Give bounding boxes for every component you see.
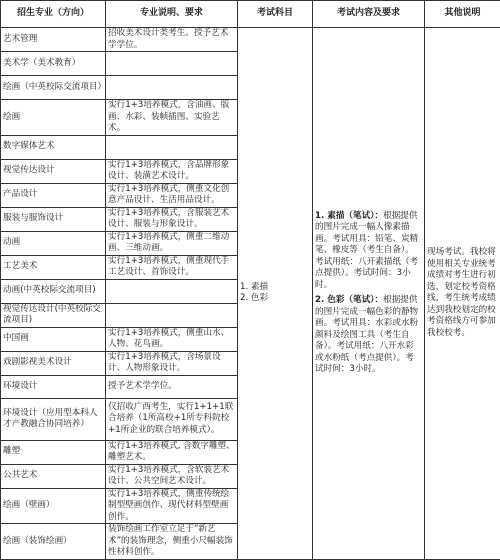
- major-description: 实行1+3培养模式, 含数字雕塑、雕塑艺术。: [106, 440, 238, 464]
- major-description: 实行1+3培养模式，含服装艺术设计、服装与形象设计。: [106, 207, 238, 231]
- exam-subjects-cell: 1. 素描 2. 色彩: [238, 28, 313, 544]
- major-description: 实行1+3培养模式，含品牌形象设计、装潢艺术设计。: [106, 159, 238, 183]
- major-description: 实行1+3培养模式，侧重传统绘制型壁画创作、现代材料型壁画创作。: [106, 488, 238, 524]
- major-name: 产品设计: [1, 183, 106, 207]
- header-major: 招生专业（方向）: [1, 1, 106, 28]
- major-description: 实行1+3培养模式，侧重山水、人物、花鸟画。: [106, 327, 238, 351]
- major-description: 授予艺术学学位。: [106, 375, 238, 398]
- exam-content-cell: 1. 素描（笔试）：根据提供的图片完成一幅人像素描画。考试用具：铅笔、炭精笔、橡…: [313, 28, 425, 544]
- major-name: 视觉传达设计: [1, 159, 106, 183]
- major-description: 装饰绘画工作室立足于“新艺术”的装饰理念，侧重小尺幅装饰性材料创作。: [106, 524, 238, 544]
- sketch-body: 根据提供的图片完成一幅人像素描画。考试用具：铅笔、炭精笔、橡皮等（考生自备）。考…: [315, 211, 418, 290]
- major-description: 招收美术设计类考生。授予艺术学学位。: [106, 28, 238, 52]
- header-exam-content: 考试内容及要求: [313, 1, 425, 28]
- major-description: 实行1+3培养模式，含场景设计、人物形象设计。: [106, 351, 238, 375]
- sketch-title: 1. 素描（笔试）：: [315, 211, 383, 221]
- major-name: 绘画（壁画）: [1, 488, 106, 524]
- major-name: 绘画: [1, 100, 106, 136]
- major-description: [106, 76, 238, 100]
- major-name: 中国画: [1, 327, 106, 351]
- major-name: 动画(中英校际交流项目): [1, 279, 106, 303]
- exam-subject: 1. 素描: [240, 282, 310, 294]
- color-title: 2. 色彩（笔试）：: [315, 295, 383, 305]
- major-description: 实行1+3培养模式，含油画、版画、水彩、装帧插图、实验艺术。: [106, 100, 238, 136]
- major-name: 工艺美术: [1, 255, 106, 279]
- table-row: 艺术管理 招收美术设计类考生。授予艺术学学位。 1. 素描 2. 色彩 1. 素…: [1, 28, 500, 52]
- major-name: 环境设计: [1, 375, 106, 398]
- major-description: [106, 279, 238, 303]
- other-notes-cell: 现场考试。我校将使用相关专业统考成绩对考生进行初选，划定校考资格线，考生统考成绩…: [425, 28, 500, 544]
- major-name: 数字媒体艺术: [1, 135, 106, 159]
- major-description: [106, 303, 238, 327]
- major-name: 绘画（装饰绘画）: [1, 524, 106, 544]
- major-name: 环境设计（应用型本科人才产教融合协同培养）: [1, 398, 106, 440]
- major-name: 雕塑: [1, 440, 106, 464]
- major-description: [106, 135, 238, 159]
- major-name: 公共艺术: [1, 464, 106, 488]
- major-name: 服装与服饰设计: [1, 207, 106, 231]
- header-exam-subjects: 考试科目: [238, 1, 313, 28]
- header-row: 招生专业（方向） 专业说明、要求 考试科目 考试内容及要求 其他说明: [1, 1, 500, 28]
- major-description: 实行1+3培养模式，侧重现代手工艺设计、首饰设计。: [106, 255, 238, 279]
- major-name: 戏剧影视美术设计: [1, 351, 106, 375]
- major-name: 绘画（中英校际交流项目）: [1, 76, 106, 100]
- exam-subject: 2. 色彩: [240, 293, 310, 305]
- major-description: 实行1+3培养模式，侧重二维动画、三维动画。: [106, 231, 238, 255]
- header-description: 专业说明、要求: [106, 1, 238, 28]
- major-description: [106, 52, 238, 76]
- major-description: 实行1+3培养模式，侧重文化创意产品设计、生活用品设计。: [106, 183, 238, 207]
- major-name: 动画: [1, 231, 106, 255]
- header-other-notes: 其他说明: [425, 1, 500, 28]
- major-description: 实行1+3培养模式，含软装艺术设计、公共空间艺术设计。: [106, 464, 238, 488]
- color-body: 根据提供的图片完成一幅色彩的静物画。考试用具：水彩或水粉颜料及绘图工具（考生自备…: [315, 295, 418, 374]
- major-description: 仅招收广西考生，实行1+1+1联合培养（1所高校+1所专科院校+1所企业的联合培…: [106, 398, 238, 440]
- admissions-table: 招生专业（方向） 专业说明、要求 考试科目 考试内容及要求 其他说明 艺术管理 …: [0, 0, 500, 543]
- major-name: 美术学（美术教育）: [1, 52, 106, 76]
- major-name: 艺术管理: [1, 28, 106, 52]
- major-name: 视觉传达设计(中英校际交流项目): [1, 303, 106, 327]
